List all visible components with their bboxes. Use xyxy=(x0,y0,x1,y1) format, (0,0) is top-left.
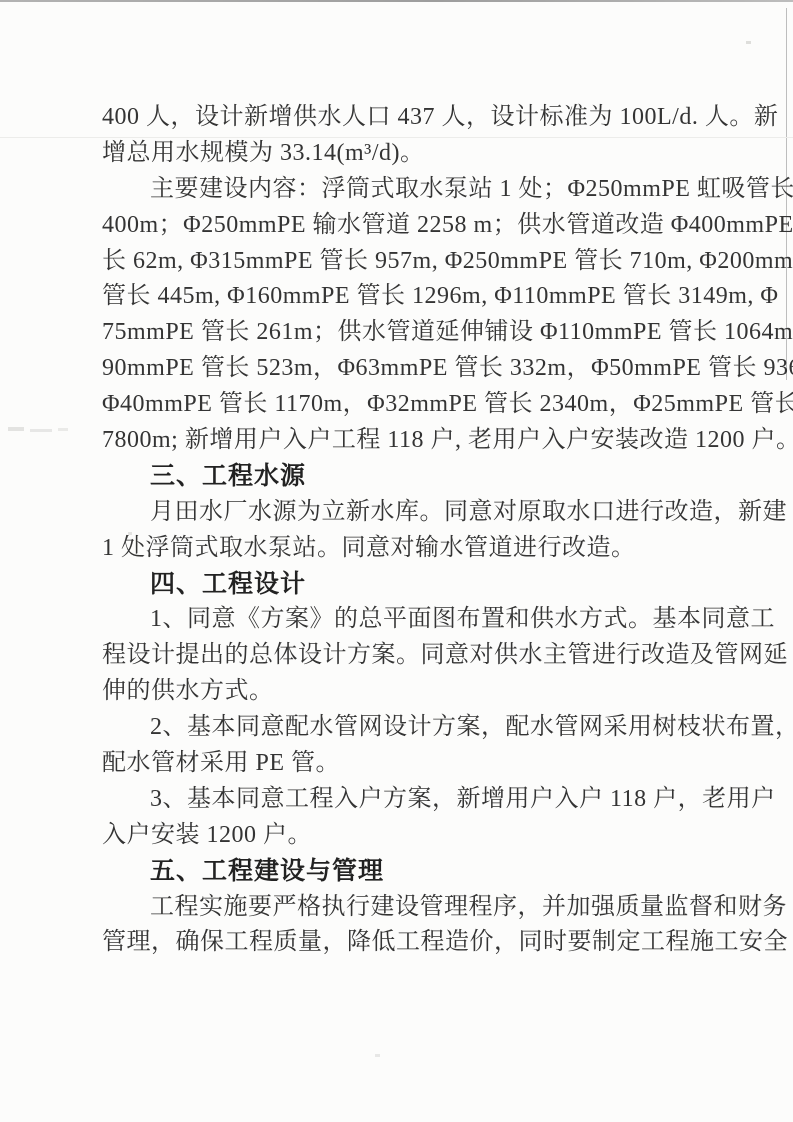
paragraph: 1、同意《方案》的总平面图布置和供水方式。基本同意工程设计提出的总体设计方案。同… xyxy=(102,602,711,710)
text-line: 程设计提出的总体设计方案。同意对供水主管进行改造及管网延 xyxy=(102,638,711,674)
text-line: 400m；Φ250mmPE 输水管道 2258 m；供水管道改造 Φ400mmP… xyxy=(102,208,711,244)
text-line: 月田水厂水源为立新水库。同意对原取水口进行改造，新建 xyxy=(102,495,711,531)
scan-speck xyxy=(58,428,68,431)
text-line: 1 处浮筒式取水泵站。同意对输水管道进行改造。 xyxy=(102,531,711,567)
text-line: 7800m; 新增用户入户工程 118 户, 老用户入户安装改造 1200 户。 xyxy=(102,423,711,459)
paragraph: 2、基本同意配水管网设计方案，配水管网采用树枝状布置，配水管材采用 PE 管。 xyxy=(102,710,711,782)
text-line: 三、工程水源 xyxy=(102,459,711,495)
text-line: Φ40mmPE 管长 1170m，Φ32mmPE 管长 2340m，Φ25mmP… xyxy=(102,387,711,423)
text-line: 入户安装 1200 户。 xyxy=(102,818,711,854)
text-line: 工程实施要严格执行建设管理程序，并加强质量监督和财务 xyxy=(102,890,711,926)
text-line: 配水管材采用 PE 管。 xyxy=(102,746,711,782)
text-line: 四、工程设计 xyxy=(102,567,711,603)
text-line: 增总用水规模为 33.14(m³/d)。 xyxy=(102,136,711,172)
paragraph: 月田水厂水源为立新水库。同意对原取水口进行改造，新建1 处浮筒式取水泵站。同意对… xyxy=(102,495,711,567)
text-line: 90mmPE 管长 523m，Φ63mmPE 管长 332m，Φ50mmPE 管… xyxy=(102,351,711,387)
scan-speck xyxy=(8,427,24,431)
scan-speck xyxy=(30,429,52,432)
document-page: 400 人，设计新增供水人口 437 人，设计标准为 100L/d. 人。新增总… xyxy=(0,0,793,1122)
text-line: 管长 445m, Φ160mmPE 管长 1296m, Φ110mmPE 管长 … xyxy=(102,279,711,315)
paragraph: 工程实施要严格执行建设管理程序，并加强质量监督和财务管理，确保工程质量，降低工程… xyxy=(102,890,711,962)
section-heading: 四、工程设计 xyxy=(102,567,711,603)
section-heading: 五、工程建设与管理 xyxy=(102,854,711,890)
text-line: 管理，确保工程质量，降低工程造价，同时要制定工程施工安全 xyxy=(102,925,711,961)
paragraph: 主要建设内容：浮筒式取水泵站 1 处；Φ250mmPE 虹吸管长400m；Φ25… xyxy=(102,172,711,459)
section-heading: 三、工程水源 xyxy=(102,459,711,495)
paragraph: 3、基本同意工程入户方案，新增用户入户 118 户，老用户入户安装 1200 户… xyxy=(102,782,711,854)
text-line: 伸的供水方式。 xyxy=(102,674,711,710)
text-line: 主要建设内容：浮筒式取水泵站 1 处；Φ250mmPE 虹吸管长 xyxy=(102,172,711,208)
scan-speck xyxy=(375,1054,380,1057)
text-line: 1、同意《方案》的总平面图布置和供水方式。基本同意工 xyxy=(102,602,711,638)
text-line: 75mmPE 管长 261m；供水管道延伸铺设 Φ110mmPE 管长 1064… xyxy=(102,315,711,351)
text-line: 2、基本同意配水管网设计方案，配水管网采用树枝状布置， xyxy=(102,710,711,746)
text-line: 五、工程建设与管理 xyxy=(102,854,711,890)
scan-speck xyxy=(746,41,751,44)
paragraph: 400 人，设计新增供水人口 437 人，设计标准为 100L/d. 人。新增总… xyxy=(102,100,711,172)
document-content: 400 人，设计新增供水人口 437 人，设计标准为 100L/d. 人。新增总… xyxy=(102,100,711,961)
text-line: 长 62m, Φ315mmPE 管长 957m, Φ250mmPE 管长 710… xyxy=(102,244,711,280)
text-line: 400 人，设计新增供水人口 437 人，设计标准为 100L/d. 人。新 xyxy=(102,100,711,136)
scan-top-edge-artifact xyxy=(0,0,793,2)
text-line: 3、基本同意工程入户方案，新增用户入户 118 户，老用户 xyxy=(102,782,711,818)
